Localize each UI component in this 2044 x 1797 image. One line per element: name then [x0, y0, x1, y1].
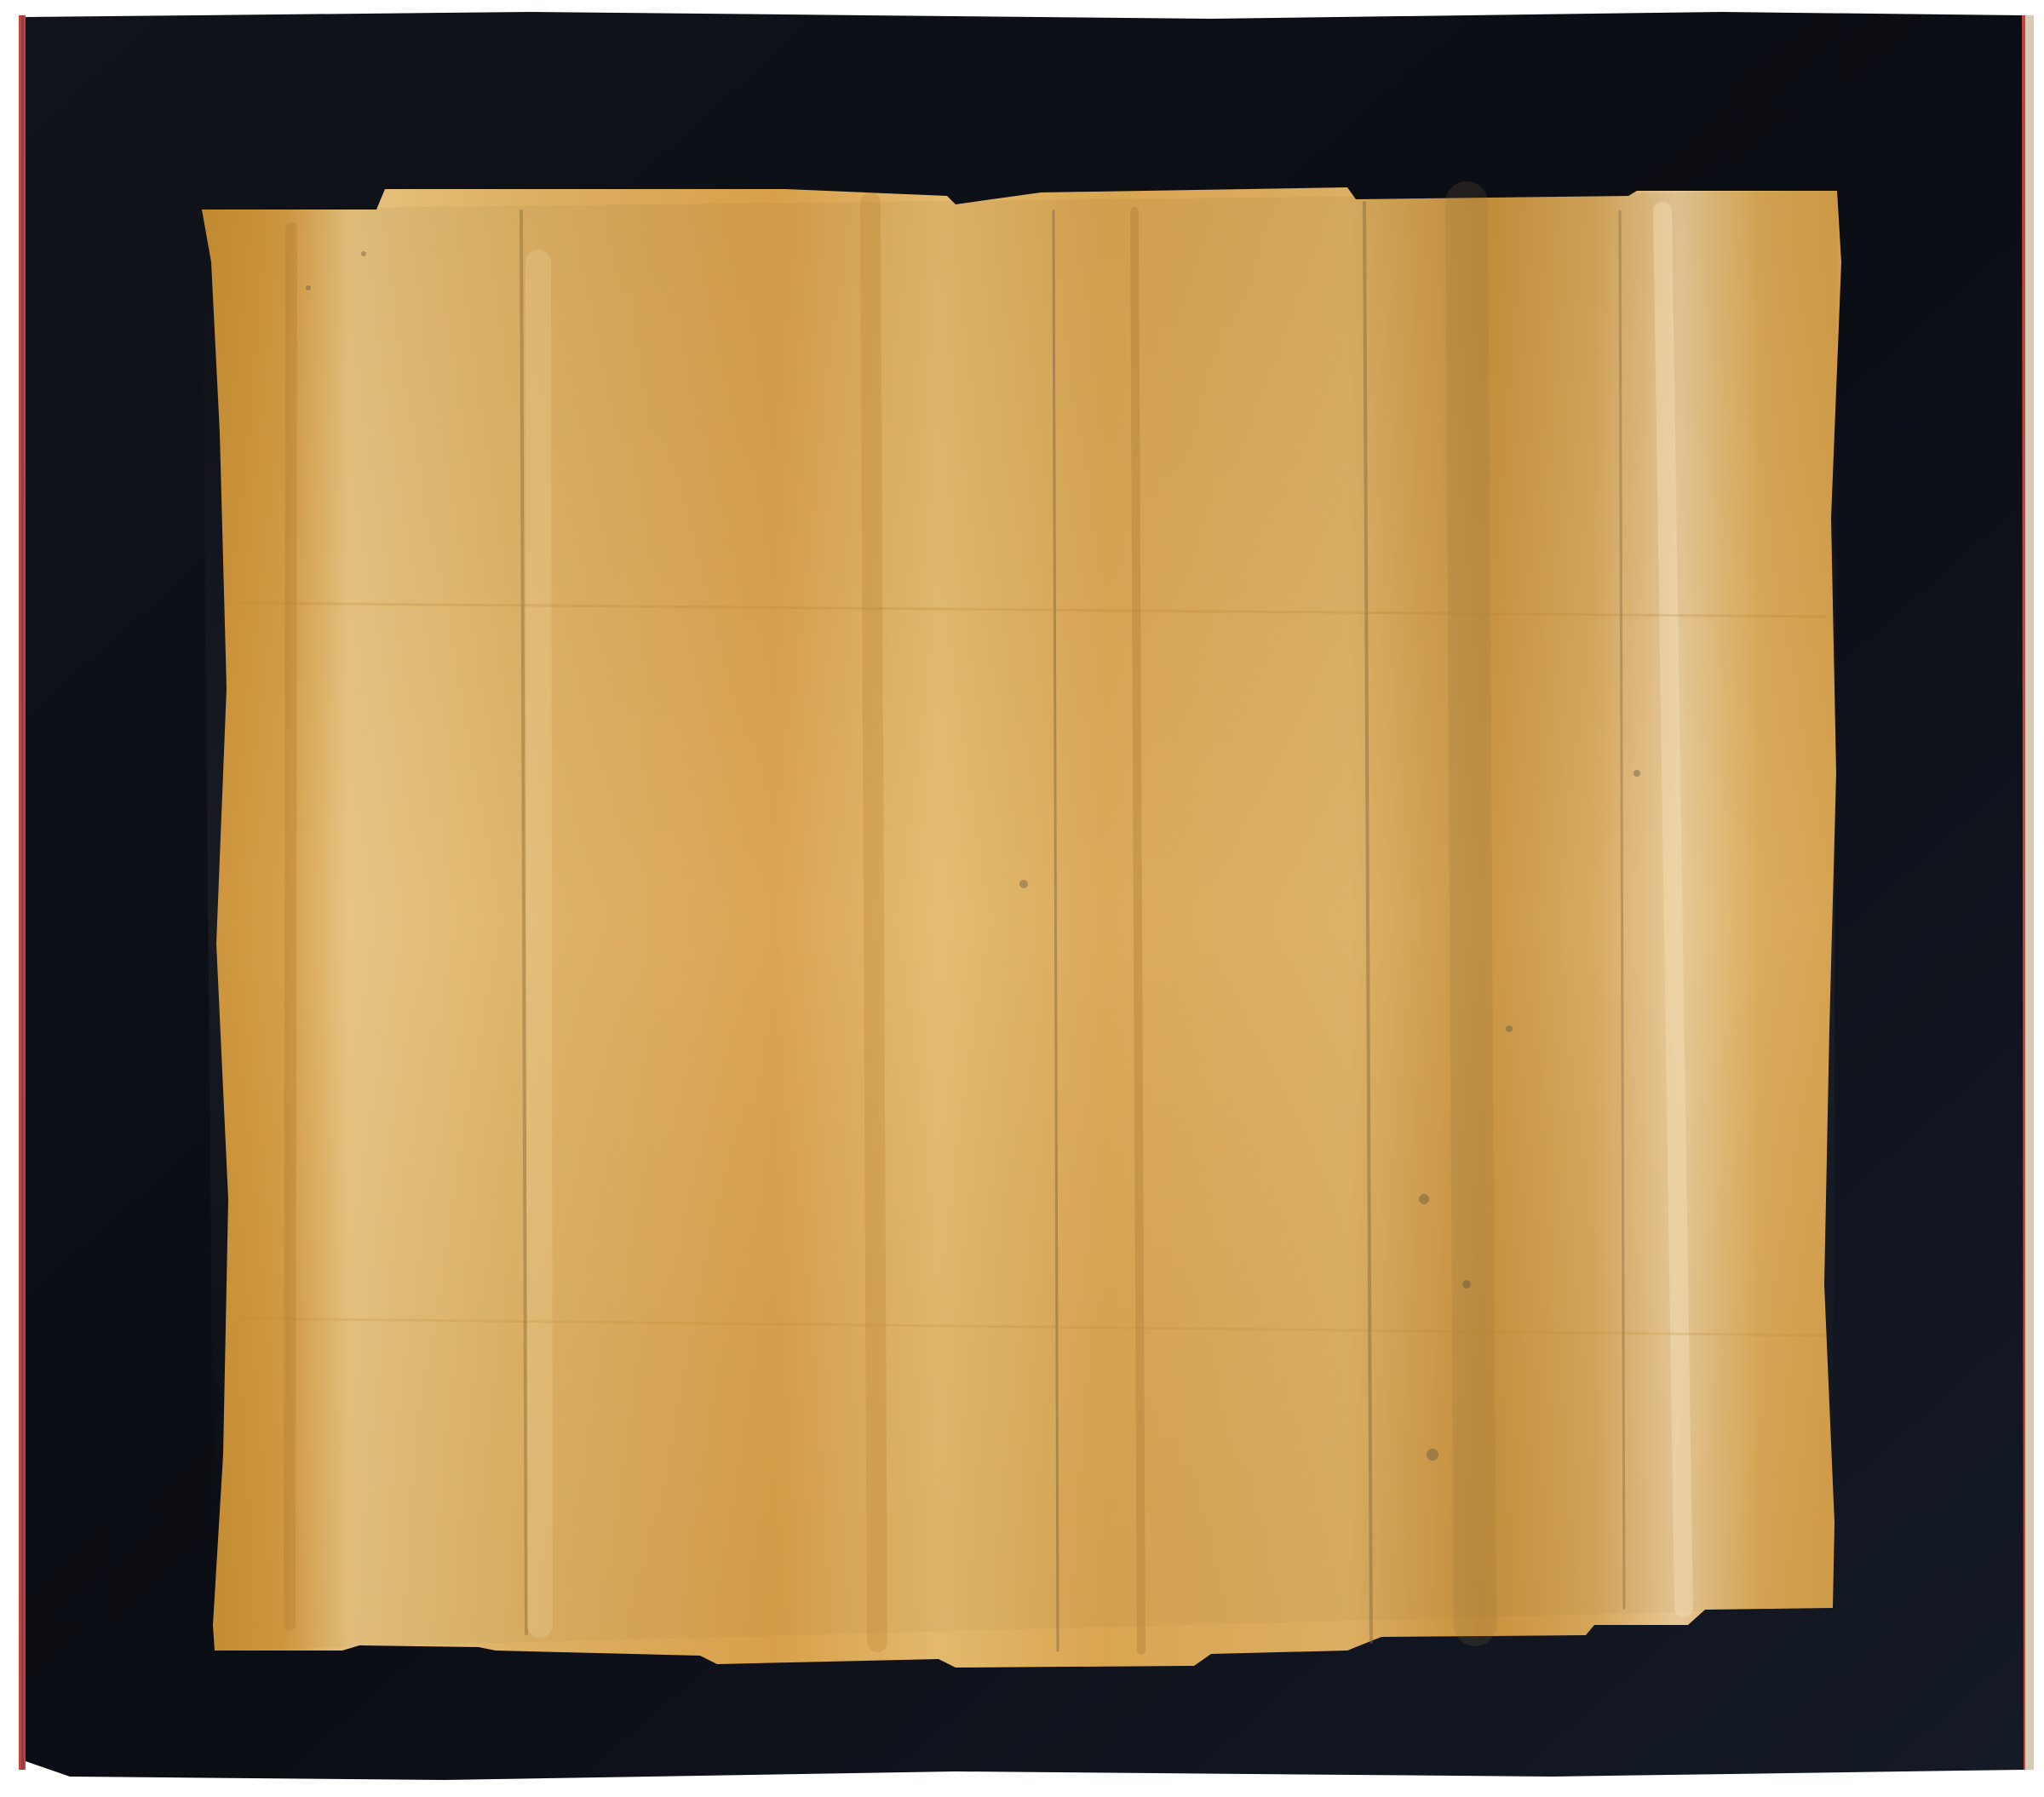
- rug: [19, 7, 2037, 1787]
- photo-background: [0, 0, 2044, 1797]
- rug-illustration: [19, 7, 2037, 1787]
- right-selvedge: [2025, 15, 2034, 1770]
